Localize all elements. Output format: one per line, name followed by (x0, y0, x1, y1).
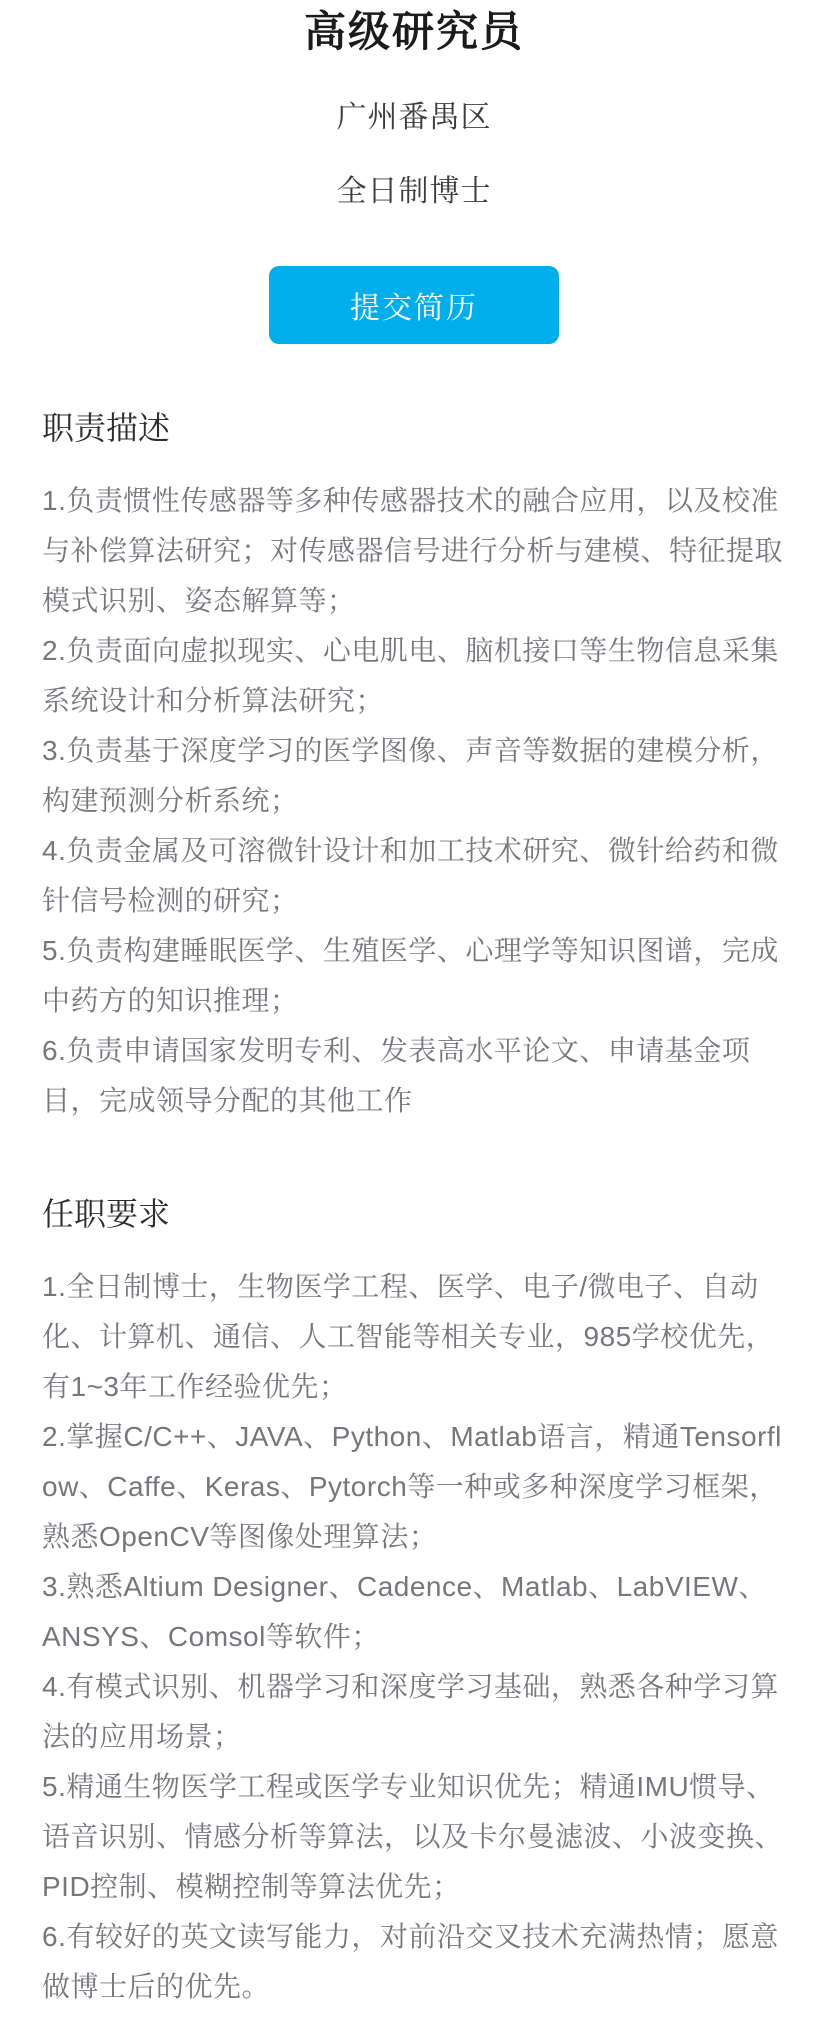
requirement-item: 1.全日制博士，生物医学工程、医学、电子/微电子、自动化、计算机、通信、人工智能… (42, 1262, 786, 1412)
job-header: 高级研究员 广州番禺区 全日制博士 提交简历 (0, 0, 828, 344)
duty-item: 4.负责金属及可溶微针设计和加工技术研究、微针给药和微针信号检测的研究； (42, 826, 786, 926)
submit-resume-button[interactable]: 提交简历 (269, 266, 559, 344)
job-detail-content: 职责描述 1.负责惯性传感器等多种传感器技术的融合应用，以及校准与补偿算法研究；… (0, 410, 828, 2042)
duty-item: 5.负责构建睡眠医学、生殖医学、心理学等知识图谱，完成中药方的知识推理； (42, 926, 786, 1026)
duty-item: 1.负责惯性传感器等多种传感器技术的融合应用，以及校准与补偿算法研究；对传感器信… (42, 476, 786, 626)
requirement-item: 6.有较好的英文读写能力，对前沿交叉技术充满热情；愿意做博士后的优先。 (42, 1912, 786, 2012)
job-location: 广州番禺区 (0, 102, 828, 134)
responsibilities-heading: 职责描述 (42, 410, 786, 446)
requirement-item: 3.熟悉Altium Designer、Cadence、Matlab、LabVI… (42, 1562, 786, 1662)
requirement-item: 5.精通生物医学工程或医学专业知识优先；精通IMU惯导、语音识别、情感分析等算法… (42, 1762, 786, 1912)
section-requirements: 任职要求 1.全日制博士，生物医学工程、医学、电子/微电子、自动化、计算机、通信… (42, 1196, 786, 2012)
duty-item: 2.负责面向虚拟现实、心电肌电、脑机接口等生物信息采集系统设计和分析算法研究； (42, 626, 786, 726)
job-education-requirement: 全日制博士 (0, 176, 828, 208)
job-title: 高级研究员 (0, 8, 828, 56)
requirement-item: 2.掌握C/C++、JAVA、Python、Matlab语言，精通Tensorf… (42, 1412, 786, 1562)
responsibilities-body: 1.负责惯性传感器等多种传感器技术的融合应用，以及校准与补偿算法研究；对传感器信… (42, 476, 786, 1126)
requirement-item: 4.有模式识别、机器学习和深度学习基础，熟悉各种学习算法的应用场景； (42, 1662, 786, 1762)
duty-item: 3.负责基于深度学习的医学图像、声音等数据的建模分析，构建预测分析系统； (42, 726, 786, 826)
requirements-body: 1.全日制博士，生物医学工程、医学、电子/微电子、自动化、计算机、通信、人工智能… (42, 1262, 786, 2012)
duty-item: 6.负责申请国家发明专利、发表高水平论文、申请基金项目，完成领导分配的其他工作 (42, 1026, 786, 1126)
requirements-heading: 任职要求 (42, 1196, 786, 1232)
section-responsibilities: 职责描述 1.负责惯性传感器等多种传感器技术的融合应用，以及校准与补偿算法研究；… (42, 410, 786, 1126)
